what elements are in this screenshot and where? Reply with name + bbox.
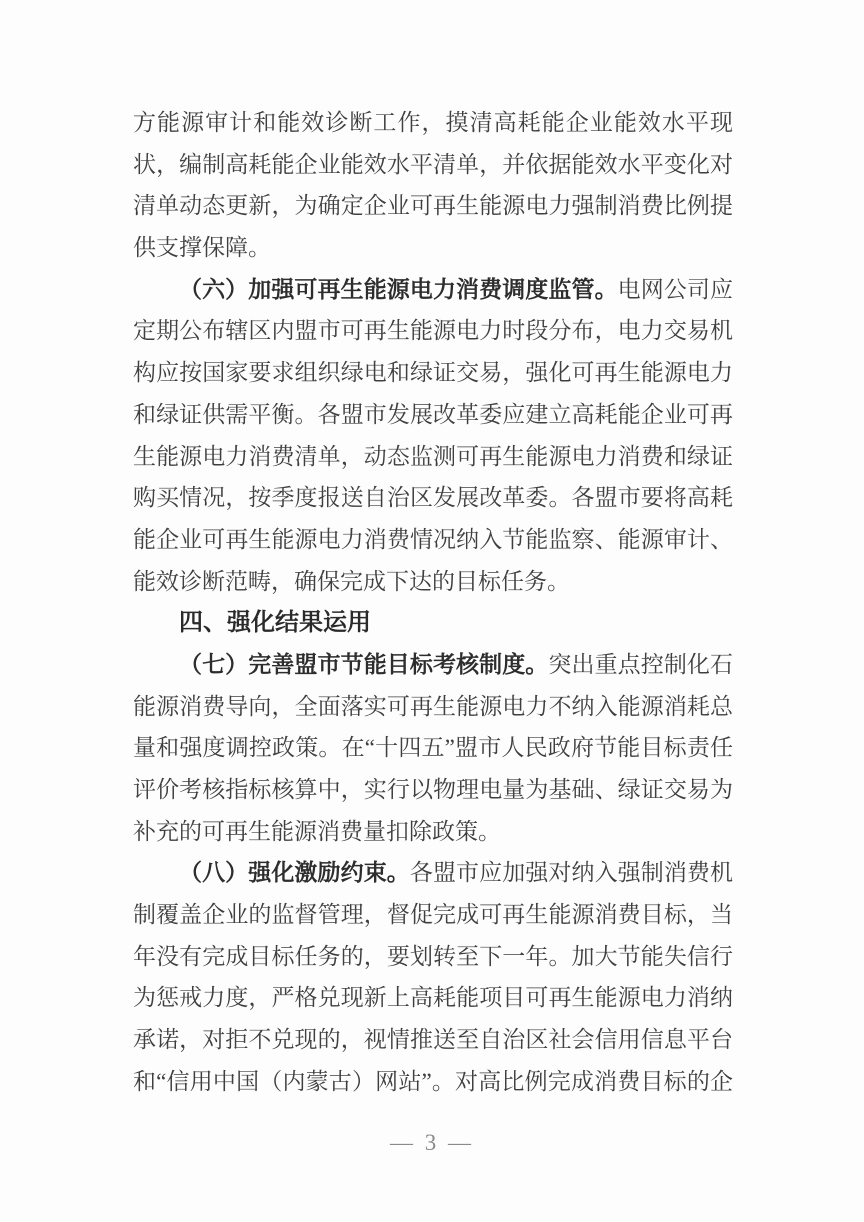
text-line: 量和强度调控政策。在“十四五”盟市人民政府节能目标责任 [133,727,733,769]
text-line: 购买情况，按季度报送自治区发展改革委。各盟市要将高耗 [133,477,733,519]
text-line: （七）完善盟市节能目标考核制度。突出重点控制化石 [133,644,733,686]
paragraph-text: 各盟市应加强对纳入强制消费机 [410,860,733,885]
text-line: 生能源电力消费清单，动态监测可再生能源电力消费和绿证 [133,436,733,478]
text-line: 状，编制高耗能企业能效水平清单，并依据能效水平变化对 [133,144,733,186]
text-line: 承诺，对拒不兑现的，视情推送至自治区社会信用信息平台 [133,1019,733,1061]
paragraph-seven-heading: （七）完善盟市节能目标考核制度。 [179,652,548,677]
paragraph-eight-heading: （八）强化激励约束。 [179,860,410,885]
text-line: 供支撑保障。 [133,227,733,269]
document-text-block: 方能源审计和能效诊断工作，摸清高耗能企业能效水平现 状，编制高耗能企业能效水平清… [133,102,733,1103]
text-line: 补充的可再生能源消费量扣除政策。 [133,811,733,853]
page-number: — 3 — [0,1128,864,1158]
text-line: 制覆盖企业的监督管理，督促完成可再生能源消费目标，当 [133,894,733,936]
text-line: 方能源审计和能效诊断工作，摸清高耗能企业能效水平现 [133,102,733,144]
document-page: 方能源审计和能效诊断工作，摸清高耗能企业能效水平现 状，编制高耗能企业能效水平清… [0,0,864,1222]
text-line: 构应按国家要求组织绿电和绿证交易，强化可再生能源电力 [133,352,733,394]
text-line: 评价考核指标核算中，实行以物理电量为基础、绿证交易为 [133,769,733,811]
text-line: 年没有完成目标任务的，要划转至下一年。加大节能失信行 [133,936,733,978]
text-line: 能源消费导向，全面落实可再生能源电力不纳入能源消耗总 [133,686,733,728]
text-line: 能企业可再生能源电力消费情况纳入节能监察、能源审计、 [133,519,733,561]
text-line: （六）加强可再生能源电力消费调度监管。电网公司应 [133,269,733,311]
text-line: 和“信用中国（内蒙古）网站”。对高比例完成消费目标的企 [133,1061,733,1103]
text-line: 为惩戒力度，严格兑现新上高耗能项目可再生能源电力消纳 [133,977,733,1019]
section-heading: 四、强化结果运用 [133,602,733,644]
text-line: 定期公布辖区内盟市可再生能源电力时段分布，电力交易机 [133,310,733,352]
paragraph-six-heading: （六）加强可再生能源电力消费调度监管。 [179,277,618,302]
text-line: 能效诊断范畴，确保完成下达的目标任务。 [133,561,733,603]
text-line: （八）强化激励约束。各盟市应加强对纳入强制消费机 [133,852,733,894]
text-line: 和绿证供需平衡。各盟市发展改革委应建立高耗能企业可再 [133,394,733,436]
paragraph-text: 突出重点控制化石 [548,652,733,677]
text-line: 清单动态更新，为确定企业可再生能源电力强制消费比例提 [133,185,733,227]
paragraph-text: 电网公司应 [618,277,733,302]
